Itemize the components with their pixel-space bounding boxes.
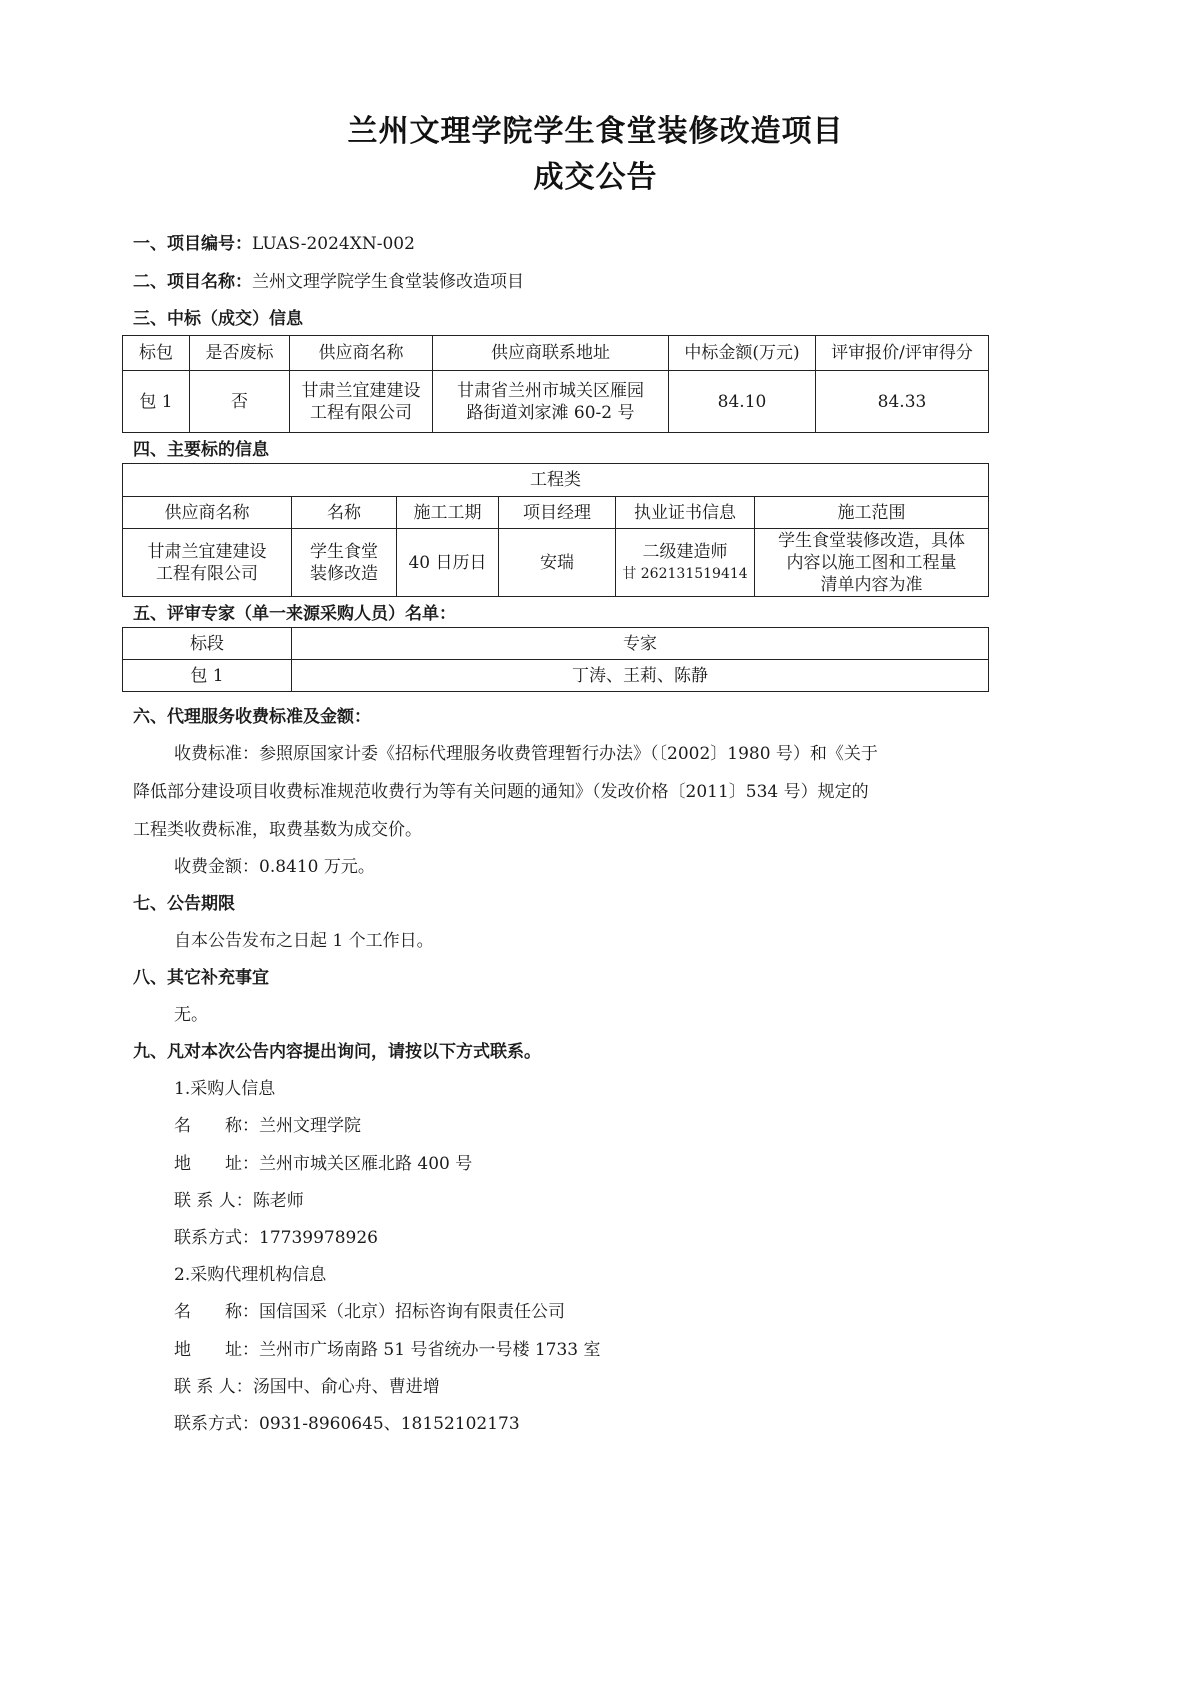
section-heading: 七、公告期限 xyxy=(133,893,235,915)
scope-line: 内容以施工图和工程量 xyxy=(757,552,986,574)
experts-cell: 丁涛、王莉、陈静 xyxy=(292,660,989,692)
supplier-line: 工程有限公司 xyxy=(125,563,289,585)
agency-address-line: 地 址：兰州市广场南路 51 号省统办一号楼 1733 室 xyxy=(174,1339,601,1361)
supplier-line: 甘肃兰宜建建设 xyxy=(125,541,289,563)
field-label: 联系方式： xyxy=(174,1228,259,1248)
table-row: 甘肃兰宜建建设 工程有限公司 学生食堂 装修改造 40 日历日 安瑞 二级建造师… xyxy=(123,529,989,597)
document-page: 兰州文理学院学生食堂装修改造项目 成交公告 一、项目编号：LUAS-2024XN… xyxy=(0,0,1191,1684)
scope-line: 清单内容为准 xyxy=(757,574,986,596)
agency-contact-line: 联 系 人：汤国中、俞心舟、曹进增 xyxy=(174,1376,440,1398)
table-header: 评审报价/评审得分 xyxy=(816,336,989,371)
table-header-row: 标段 专家 xyxy=(123,628,989,660)
abandoned-cell: 否 xyxy=(190,371,290,433)
subject-name-cell: 学生食堂 装修改造 xyxy=(292,529,397,597)
section-heading: 九、凡对本次公告内容提出询问，请按以下方式联系。 xyxy=(133,1041,541,1063)
purchaser-phone-line: 联系方式：17739978926 xyxy=(174,1227,378,1249)
supplementary-text: 无。 xyxy=(174,1004,208,1026)
section-heading: 八、其它补充事宜 xyxy=(133,967,269,989)
project-number: LUAS-2024XN-002 xyxy=(252,234,415,254)
table-header: 专家 xyxy=(292,628,989,660)
fee-amount: 收费金额：0.8410 万元。 xyxy=(174,856,375,878)
agency-info-title: 2.采购代理机构信息 xyxy=(174,1264,326,1286)
fee-standard-line: 收费标准：参照原国家计委《招标代理服务收费管理暂行办法》（〔2002〕1980 … xyxy=(174,743,878,765)
certificate-line: 二级建造师 xyxy=(618,541,752,563)
section-heading: 二、项目名称： xyxy=(133,272,252,292)
table-category-row: 工程类 xyxy=(123,464,989,497)
amount-cell: 84.10 xyxy=(669,371,816,433)
main-subject-table: 工程类 供应商名称 名称 施工工期 项目经理 执业证书信息 施工范围 甘肃兰宜建… xyxy=(122,463,989,597)
agency-phone-line: 联系方式：0931-8960645、18152102173 xyxy=(174,1413,520,1435)
table-header: 供应商联系地址 xyxy=(433,336,669,371)
scope-cell: 学生食堂装修改造，具体 内容以施工图和工程量 清单内容为准 xyxy=(755,529,989,597)
table-header: 是否废标 xyxy=(190,336,290,371)
table-header: 施工工期 xyxy=(397,497,499,529)
table-header: 施工范围 xyxy=(755,497,989,529)
agency-name: 国信国采（北京）招标咨询有限责任公司 xyxy=(259,1302,565,1322)
table-header: 名称 xyxy=(292,497,397,529)
table-header: 供应商名称 xyxy=(290,336,433,371)
fee-standard-line: 降低部分建设项目收费标准规范收费行为等有关问题的通知》（发改价格〔2011〕53… xyxy=(133,781,869,803)
subject-name-line: 装修改造 xyxy=(294,563,394,585)
table-header: 项目经理 xyxy=(499,497,616,529)
table-row: 包 1 否 甘肃兰宜建建设 工程有限公司 甘肃省兰州市城关区雁园 路街道刘家滩 … xyxy=(123,371,989,433)
table-row: 包 1 丁涛、王莉、陈静 xyxy=(123,660,989,692)
table-header-row: 供应商名称 名称 施工工期 项目经理 执业证书信息 施工范围 xyxy=(123,497,989,529)
document-subtitle: 成交公告 xyxy=(0,152,1191,196)
field-label: 联 系 人： xyxy=(174,1191,253,1211)
address-line: 路街道刘家滩 60-2 号 xyxy=(435,402,666,424)
address-cell: 甘肃省兰州市城关区雁园 路街道刘家滩 60-2 号 xyxy=(433,371,669,433)
address-line: 甘肃省兰州市城关区雁园 xyxy=(435,380,666,402)
document-title: 兰州文理学院学生食堂装修改造项目 xyxy=(0,106,1191,150)
agency-phone: 0931-8960645、18152102173 xyxy=(259,1414,520,1434)
table-header: 标段 xyxy=(123,628,292,660)
field-label: 名 称： xyxy=(174,1302,259,1322)
field-label: 联系方式： xyxy=(174,1414,259,1434)
purchaser-name-line: 名 称：兰州文理学院 xyxy=(174,1115,361,1137)
table-header: 中标金额(万元) xyxy=(669,336,816,371)
scope-line: 学生食堂装修改造，具体 xyxy=(757,530,986,552)
manager-cell: 安瑞 xyxy=(499,529,616,597)
agency-address: 兰州市广场南路 51 号省统办一号楼 1733 室 xyxy=(259,1340,601,1360)
certificate-number: 甘 262131519414 xyxy=(618,563,752,585)
section-heading: 一、项目编号： xyxy=(133,234,252,254)
table-header: 执业证书信息 xyxy=(616,497,755,529)
field-label: 地 址： xyxy=(174,1340,259,1360)
certificate-cell: 二级建造师 甘 262131519414 xyxy=(616,529,755,597)
field-label: 名 称： xyxy=(174,1116,259,1136)
field-label: 地 址： xyxy=(174,1154,259,1174)
segment-cell: 包 1 xyxy=(123,660,292,692)
table-header: 标包 xyxy=(123,336,190,371)
purchaser-contact: 陈老师 xyxy=(253,1191,304,1211)
category-cell: 工程类 xyxy=(123,464,989,497)
subject-name-line: 学生食堂 xyxy=(294,541,394,563)
agency-name-line: 名 称：国信国采（北京）招标咨询有限责任公司 xyxy=(174,1301,565,1323)
purchaser-contact-line: 联 系 人：陈老师 xyxy=(174,1190,304,1212)
award-info-table: 标包 是否废标 供应商名称 供应商联系地址 中标金额(万元) 评审报价/评审得分… xyxy=(122,335,989,433)
supplier-line: 工程有限公司 xyxy=(292,402,430,424)
notice-period-text: 自本公告发布之日起 1 个工作日。 xyxy=(174,930,434,952)
experts-table: 标段 专家 包 1 丁涛、王莉、陈静 xyxy=(122,627,989,692)
period-cell: 40 日历日 xyxy=(397,529,499,597)
project-number-line: 一、项目编号：LUAS-2024XN-002 xyxy=(133,233,415,255)
purchaser-phone: 17739978926 xyxy=(259,1228,378,1248)
section-heading: 四、主要标的信息 xyxy=(133,439,269,461)
section-heading: 六、代理服务收费标准及金额： xyxy=(133,706,371,728)
project-name-line: 二、项目名称：兰州文理学院学生食堂装修改造项目 xyxy=(133,271,524,293)
purchaser-address-line: 地 址：兰州市城关区雁北路 400 号 xyxy=(174,1153,472,1175)
fee-standard-line: 工程类收费标准，取费基数为成交价。 xyxy=(133,819,422,841)
section-heading: 五、评审专家（单一来源采购人员）名单： xyxy=(133,603,456,625)
purchaser-info-title: 1.采购人信息 xyxy=(174,1078,275,1100)
supplier-cell: 甘肃兰宜建建设 工程有限公司 xyxy=(123,529,292,597)
table-header: 供应商名称 xyxy=(123,497,292,529)
score-cell: 84.33 xyxy=(816,371,989,433)
package-cell: 包 1 xyxy=(123,371,190,433)
supplier-cell: 甘肃兰宜建建设 工程有限公司 xyxy=(290,371,433,433)
project-name: 兰州文理学院学生食堂装修改造项目 xyxy=(252,272,524,292)
purchaser-address: 兰州市城关区雁北路 400 号 xyxy=(259,1154,472,1174)
table-header-row: 标包 是否废标 供应商名称 供应商联系地址 中标金额(万元) 评审报价/评审得分 xyxy=(123,336,989,371)
field-label: 联 系 人： xyxy=(174,1377,253,1397)
section-heading: 三、中标（成交）信息 xyxy=(133,308,303,330)
agency-contact: 汤国中、俞心舟、曹进增 xyxy=(253,1377,440,1397)
purchaser-name: 兰州文理学院 xyxy=(259,1116,361,1136)
supplier-line: 甘肃兰宜建建设 xyxy=(292,380,430,402)
